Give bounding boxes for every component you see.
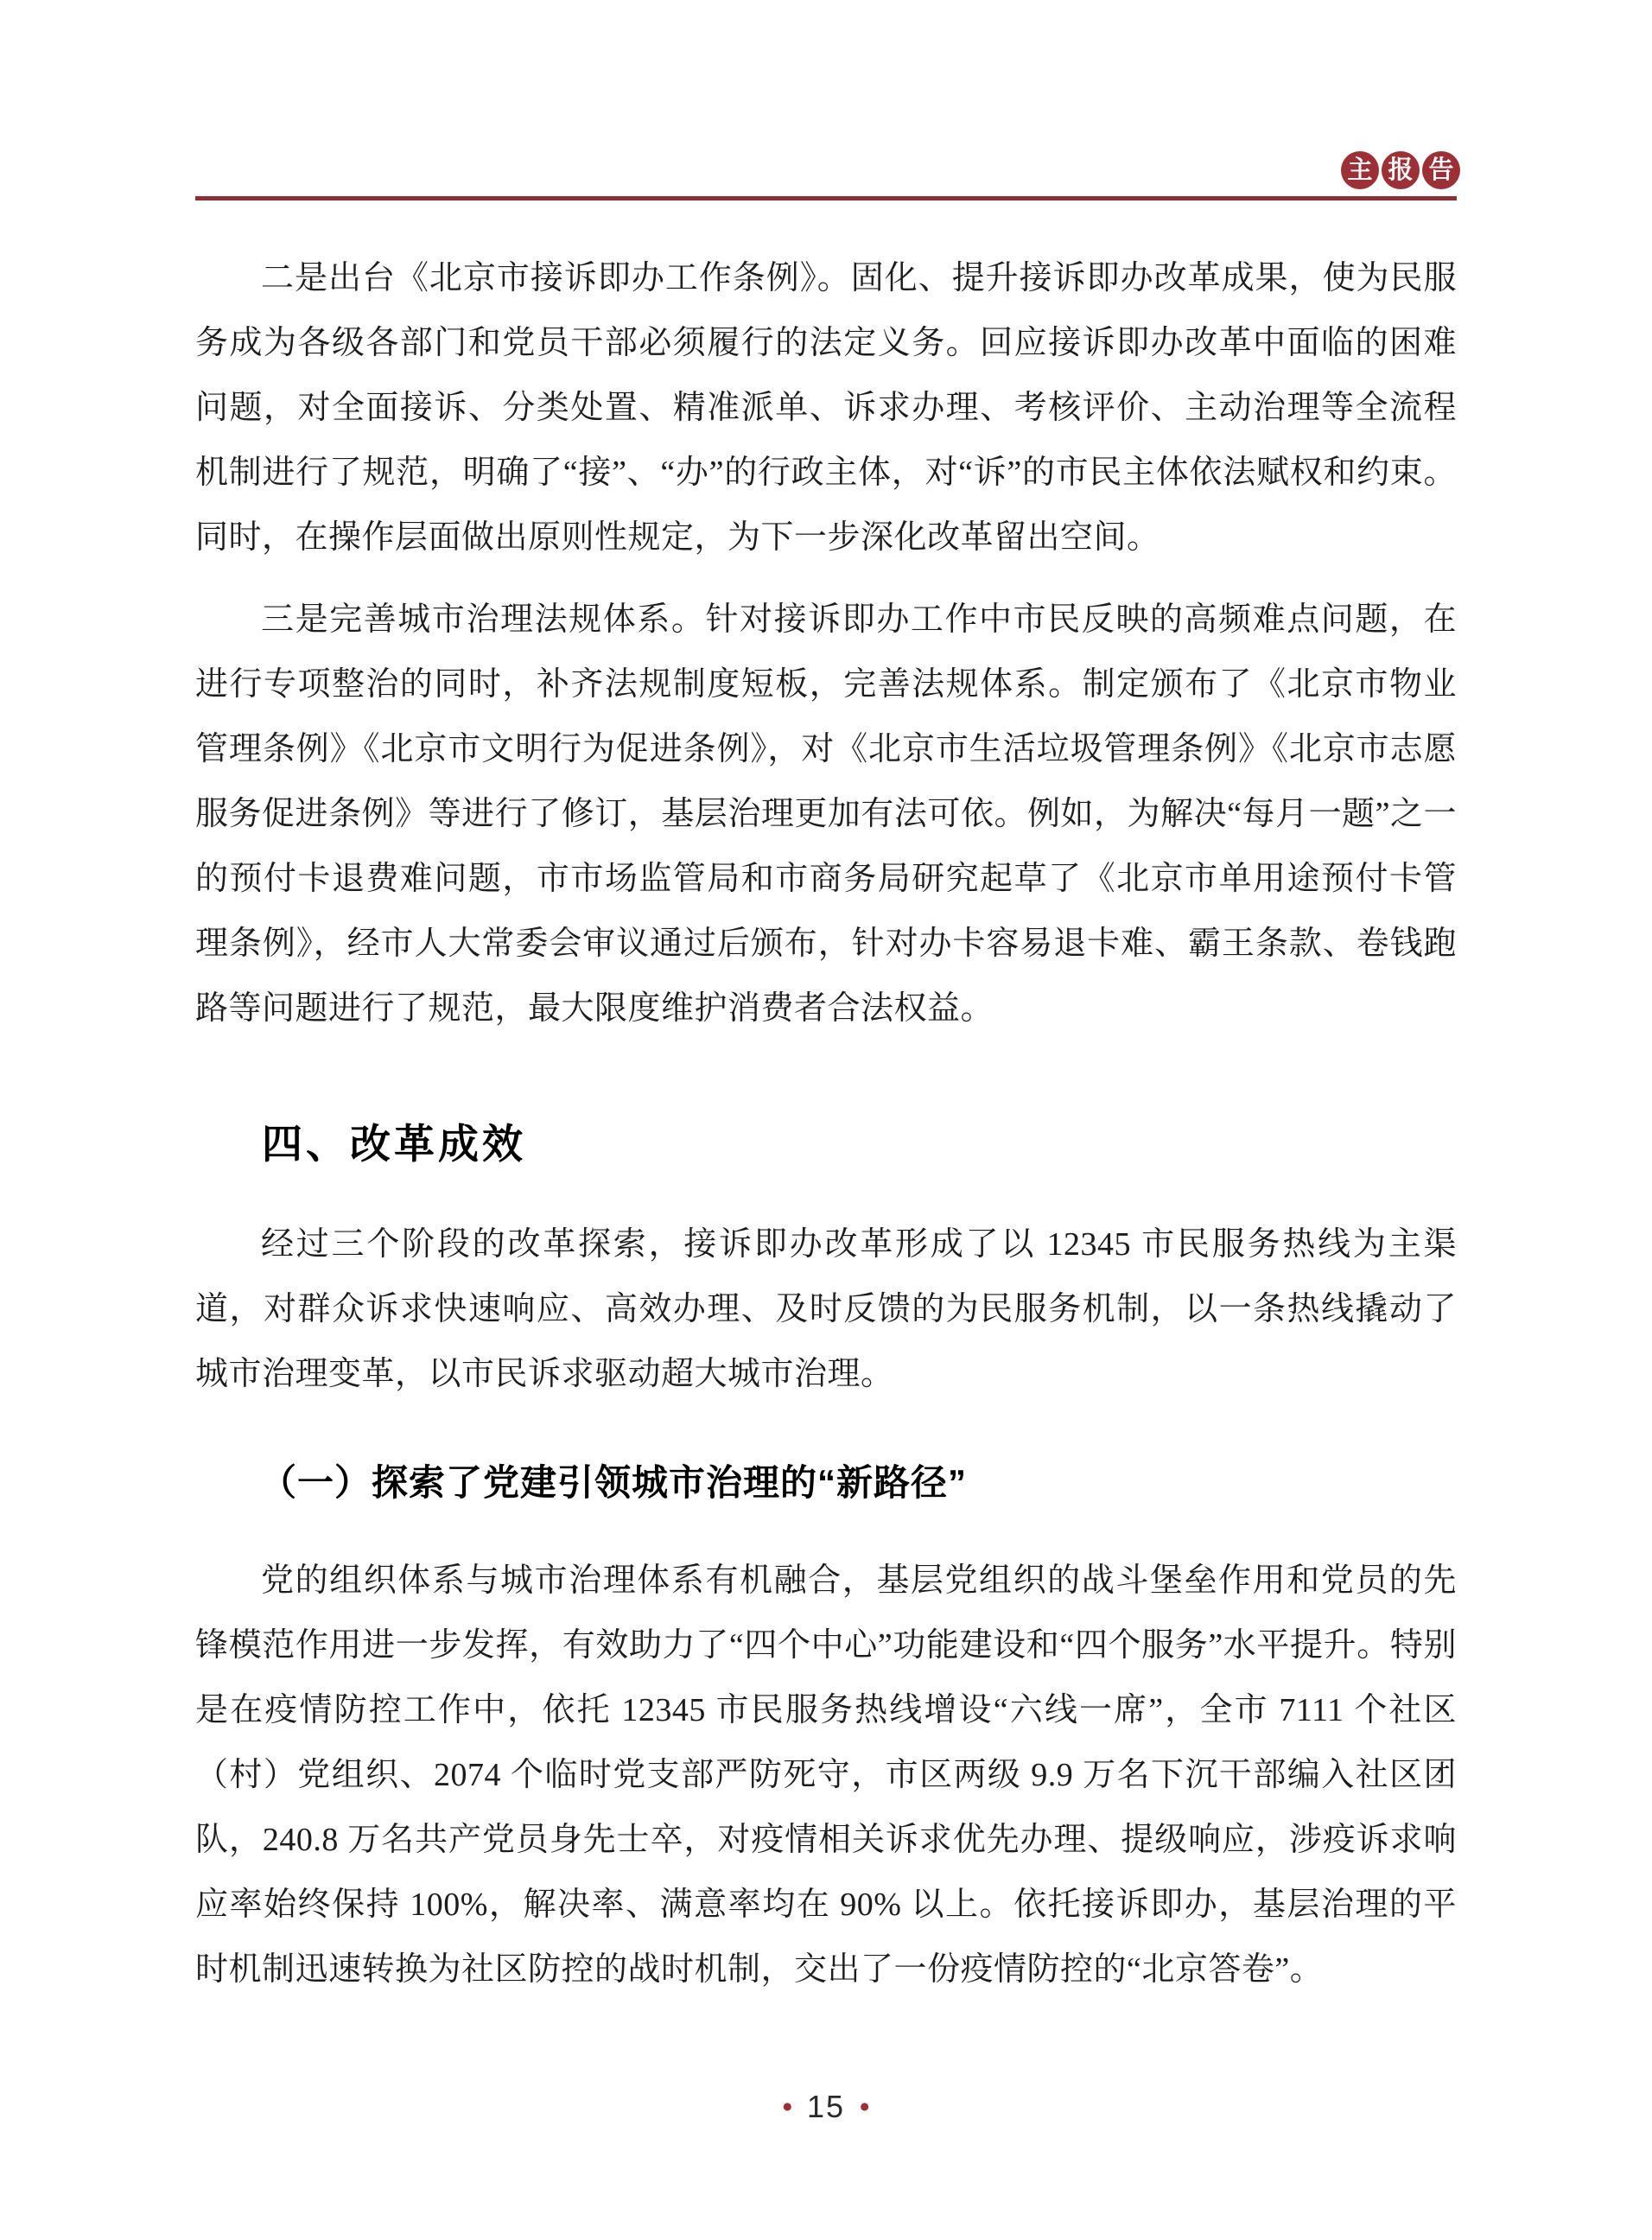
- sub-heading: （一）探索了党建引领城市治理的“新路径”: [195, 1457, 1457, 1509]
- page-number: 15: [807, 2090, 845, 2124]
- badge-char-circle: 报: [1382, 151, 1420, 189]
- section-heading: 四、改革成效: [195, 1117, 1457, 1171]
- page-dot-icon: •: [859, 2089, 870, 2125]
- paragraph: 党的组织体系与城市治理体系有机融合，基层党组织的战斗堡垒作用和党员的先锋模范作用…: [195, 1549, 1457, 2002]
- page-dot-icon: •: [782, 2089, 793, 2125]
- header-rule: [195, 196, 1457, 200]
- badge-char-circle: 告: [1422, 151, 1460, 189]
- page-footer: •15•: [0, 2090, 1652, 2124]
- report-badge: 主 报 告: [1341, 151, 1460, 189]
- document-page: 主 报 告 二是出台《北京市接诉即办工作条例》。固化、提升接诉即办改革成果，使为…: [0, 0, 1652, 2240]
- paragraph: 三是完善城市治理法规体系。针对接诉即办工作中市民反映的高频难点问题，在进行专项整…: [195, 588, 1457, 1041]
- paragraph: 二是出台《北京市接诉即办工作条例》。固化、提升接诉即办改革成果，使为民服务成为各…: [195, 246, 1457, 570]
- paragraph: 经过三个阶段的改革探索，接诉即办改革形成了以 12345 市民服务热线为主渠道，…: [195, 1212, 1457, 1407]
- page-content: 二是出台《北京市接诉即办工作条例》。固化、提升接诉即办改革成果，使为民服务成为各…: [195, 246, 1457, 2020]
- badge-char-circle: 主: [1341, 151, 1379, 189]
